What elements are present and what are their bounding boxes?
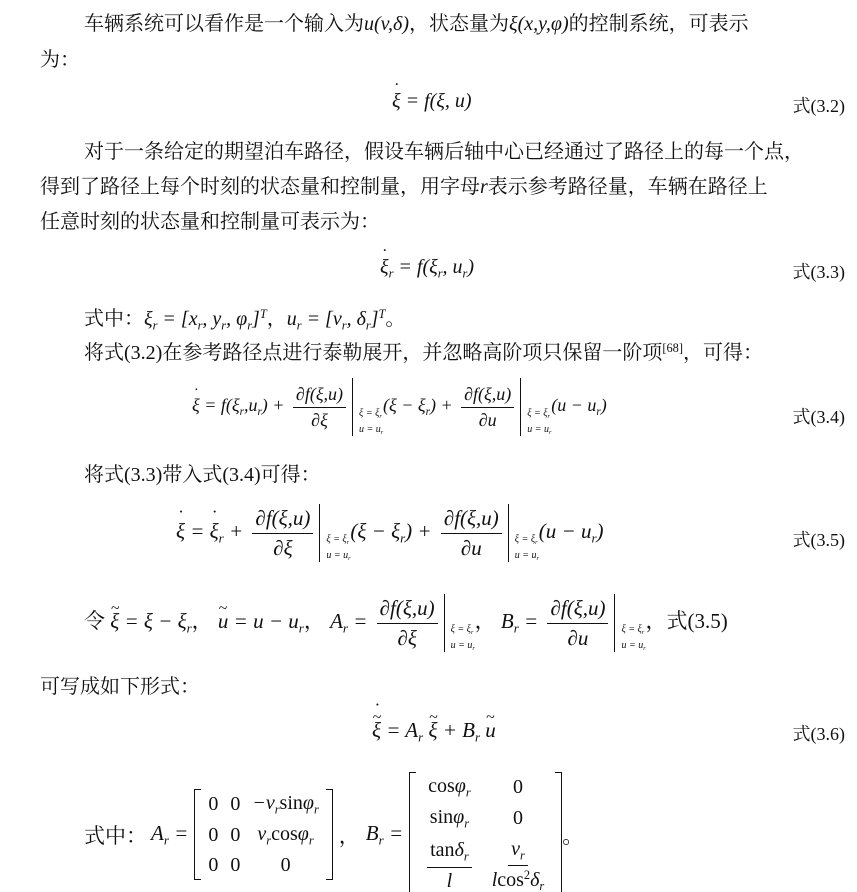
text: 。 — [385, 308, 405, 330]
math-r: r — [480, 176, 488, 198]
text: 式中： — [84, 308, 144, 330]
text: ，可得： — [683, 342, 763, 364]
paragraph-8-matrices: 式中： Ar = 00−vrsinφr 00vrcosφr 000 ， Br =… — [84, 772, 583, 892]
equation-label-3-2: 式(3.2) — [793, 92, 846, 118]
equation-label-3-3: 式(3.3) — [793, 258, 846, 284]
text: 将式(3.2)在参考路径点进行泰勒展开，并忽略高阶项只保留一阶项 — [84, 342, 662, 364]
math-xi-args: (x,y,φ) — [518, 13, 569, 35]
equation-3-5: ξ = ξr + ∂f(ξ,u)∂ξξ = ξru = ur(ξ − ξr) +… — [176, 504, 604, 562]
equation-label-3-6: 式(3.6) — [793, 720, 846, 746]
text: ，状态量为 — [409, 13, 509, 35]
math-u-tilde-def: u = u − ur — [218, 609, 304, 633]
math-A-r-label: Ar = — [151, 821, 188, 849]
paragraph-2-line-3: 任意时刻的状态量和控制量可表示为： — [40, 212, 380, 232]
text: 表示参考路径量，车辆在路径上 — [488, 176, 768, 198]
text: 的控制系统，可表示 — [569, 13, 749, 35]
math-xi-tilde-def: ξ = ξ − ξr — [110, 609, 191, 633]
equation-3-6: ξ = Ar ξ + Br u — [372, 718, 496, 746]
paragraph-2-line-2: 得到了路径上每个时刻的状态量和控制量，用字母r表示参考路径量，车辆在路径上 — [40, 177, 768, 197]
math-u-args: (v,δ) — [374, 13, 409, 35]
paragraph-7: 可写成如下形式： — [40, 677, 200, 697]
matrix-B-r: cosφr0 sinφr0 tanδrl vrlcos2δr — [409, 772, 562, 892]
math-B-r-label: Br = — [366, 821, 403, 849]
paragraph-1-line-1: 车辆系统可以看作是一个输入为u(v,δ)，状态量为ξ(x,y,φ)的控制系统，可… — [84, 14, 749, 34]
math-u: u — [364, 13, 374, 35]
equation-3-2: ξ = f(ξ, u) — [392, 90, 472, 113]
matrix-A-r: 00−vrsinφr 00vrcosφr 000 — [194, 789, 332, 881]
text: 式中： — [84, 820, 147, 850]
paragraph-6-definitions: 令 ξ = ξ − ξr， u = u − ur， Ar = ∂f(ξ,u)∂ξ… — [84, 594, 728, 652]
text: 令 — [84, 609, 105, 633]
paragraph-5: 将式(3.3)带入式(3.4)可得： — [84, 465, 321, 485]
text: 车辆系统可以看作是一个输入为 — [84, 13, 364, 35]
math-xi: ξ — [509, 13, 518, 35]
equation-3-4: ξ = f(ξr,ur) + ∂f(ξ,u)∂ξξ = ξru = ur(ξ −… — [192, 378, 607, 436]
paragraph-1-line-2: 为： — [40, 50, 80, 70]
text: 得到了路径上每个时刻的状态量和控制量，用字母 — [40, 176, 480, 198]
math-A-r-def: Ar = ∂f(ξ,u)∂ξξ = ξru = ur — [330, 609, 475, 633]
text: 。 — [562, 820, 583, 850]
math-u-r-definition: ur = [vr, δr]T — [287, 308, 386, 330]
paragraph-2-line-1: 对于一条给定的期望泊车路径，假设车辆后轴中心已经通过了路径上的每一个点， — [84, 142, 804, 162]
math-B-r-def: Br = ∂f(ξ,u)∂uξ = ξru = ur — [501, 609, 646, 633]
math-xi-r-definition: ξr = [xr, yr, φr]T — [144, 308, 267, 330]
equation-reference: 式(3.5) — [666, 609, 727, 633]
equation-label-3-5: 式(3.5) — [793, 526, 846, 552]
citation-link[interactable]: [68] — [662, 341, 683, 355]
paragraph-3: 式中：ξr = [xr, yr, φr]T，ur = [vr, δr]T。 — [84, 308, 405, 332]
paragraph-4: 将式(3.2)在参考路径点进行泰勒展开，并忽略高阶项只保留一阶项[68]，可得： — [84, 342, 763, 363]
text: ， — [267, 308, 287, 330]
equation-3-3: ξr = f(ξr, ur) — [380, 256, 474, 281]
equation-label-3-4: 式(3.4) — [793, 403, 846, 429]
